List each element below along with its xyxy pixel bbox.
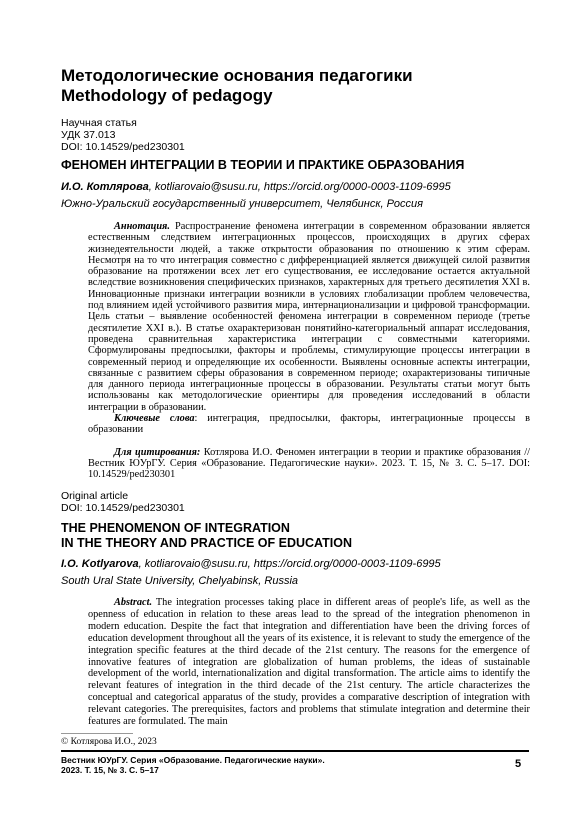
citation-label: Для цитирования: bbox=[114, 447, 200, 458]
author-contacts-en[interactable]: , kotliarovaio@susu.ru, https://orcid.or… bbox=[139, 558, 441, 570]
abstract-en: Abstract. The integration processes taki… bbox=[88, 597, 530, 728]
section-rubric: Методологические основания педагогики Me… bbox=[61, 66, 413, 106]
author-name-en: I.O. Kotlyarova bbox=[61, 558, 139, 570]
rubric-en: Methodology of pedagogy bbox=[61, 86, 413, 106]
page-number: 5 bbox=[515, 758, 521, 770]
journal-footer: Вестник ЮУрГУ. Серия «Образование. Педаг… bbox=[61, 755, 325, 775]
affiliation-en: South Ural State University, Chelyabinsk… bbox=[61, 574, 441, 588]
footnote-separator bbox=[61, 733, 133, 734]
abstract-label: Аннотация. bbox=[114, 221, 170, 232]
author-en: I.O. Kotlyarova, kotliarovaio@susu.ru, h… bbox=[61, 557, 441, 588]
author-name: И.О. Котлярова bbox=[61, 181, 149, 193]
journal-line-1: Вестник ЮУрГУ. Серия «Образование. Педаг… bbox=[61, 755, 325, 765]
journal-line-2: 2023. Т. 15, № 3. С. 5–17 bbox=[61, 765, 325, 775]
footer-rule bbox=[61, 750, 529, 752]
en-meta: Original article DOI: 10.14529/ped230301 bbox=[61, 490, 185, 514]
abstract-text: Распространение феномена интеграции в со… bbox=[88, 221, 530, 413]
title-line-1: THE PHENOMENON OF INTEGRATION bbox=[61, 521, 352, 536]
ru-meta: Научная статья УДК 37.013 DOI: 10.14529/… bbox=[61, 117, 185, 153]
article-title-ru: ФЕНОМЕН ИНТЕГРАЦИИ В ТЕОРИИ И ПРАКТИКЕ О… bbox=[61, 158, 464, 173]
author-ru: И.О. Котлярова, kotliarovaio@susu.ru, ht… bbox=[61, 180, 451, 211]
article-title-en: THE PHENOMENON OF INTEGRATION IN THE THE… bbox=[61, 521, 352, 551]
doi: DOI: 10.14529/ped230301 bbox=[61, 141, 185, 153]
article-type-en: Original article bbox=[61, 490, 185, 502]
abstract-label-en: Abstract. bbox=[114, 597, 152, 608]
udk: УДК 37.013 bbox=[61, 129, 185, 141]
abstract-text-en: The integration processes taking place i… bbox=[88, 597, 530, 727]
doi-en: DOI: 10.14529/ped230301 bbox=[61, 502, 185, 514]
copyright: © Котлярова И.О., 2023 bbox=[61, 737, 157, 747]
abstract-ru: Аннотация. Распространение феномена инте… bbox=[88, 221, 530, 481]
affiliation: Южно-Уральский государственный университ… bbox=[61, 197, 451, 211]
rubric-ru: Методологические основания педагогики bbox=[61, 66, 413, 86]
title-line-2: IN THE THEORY AND PRACTICE OF EDUCATION bbox=[61, 536, 352, 551]
author-contacts[interactable]: , kotliarovaio@susu.ru, https://orcid.or… bbox=[149, 181, 451, 193]
keywords-label: Ключевые слова bbox=[114, 413, 195, 424]
article-type: Научная статья bbox=[61, 117, 185, 129]
